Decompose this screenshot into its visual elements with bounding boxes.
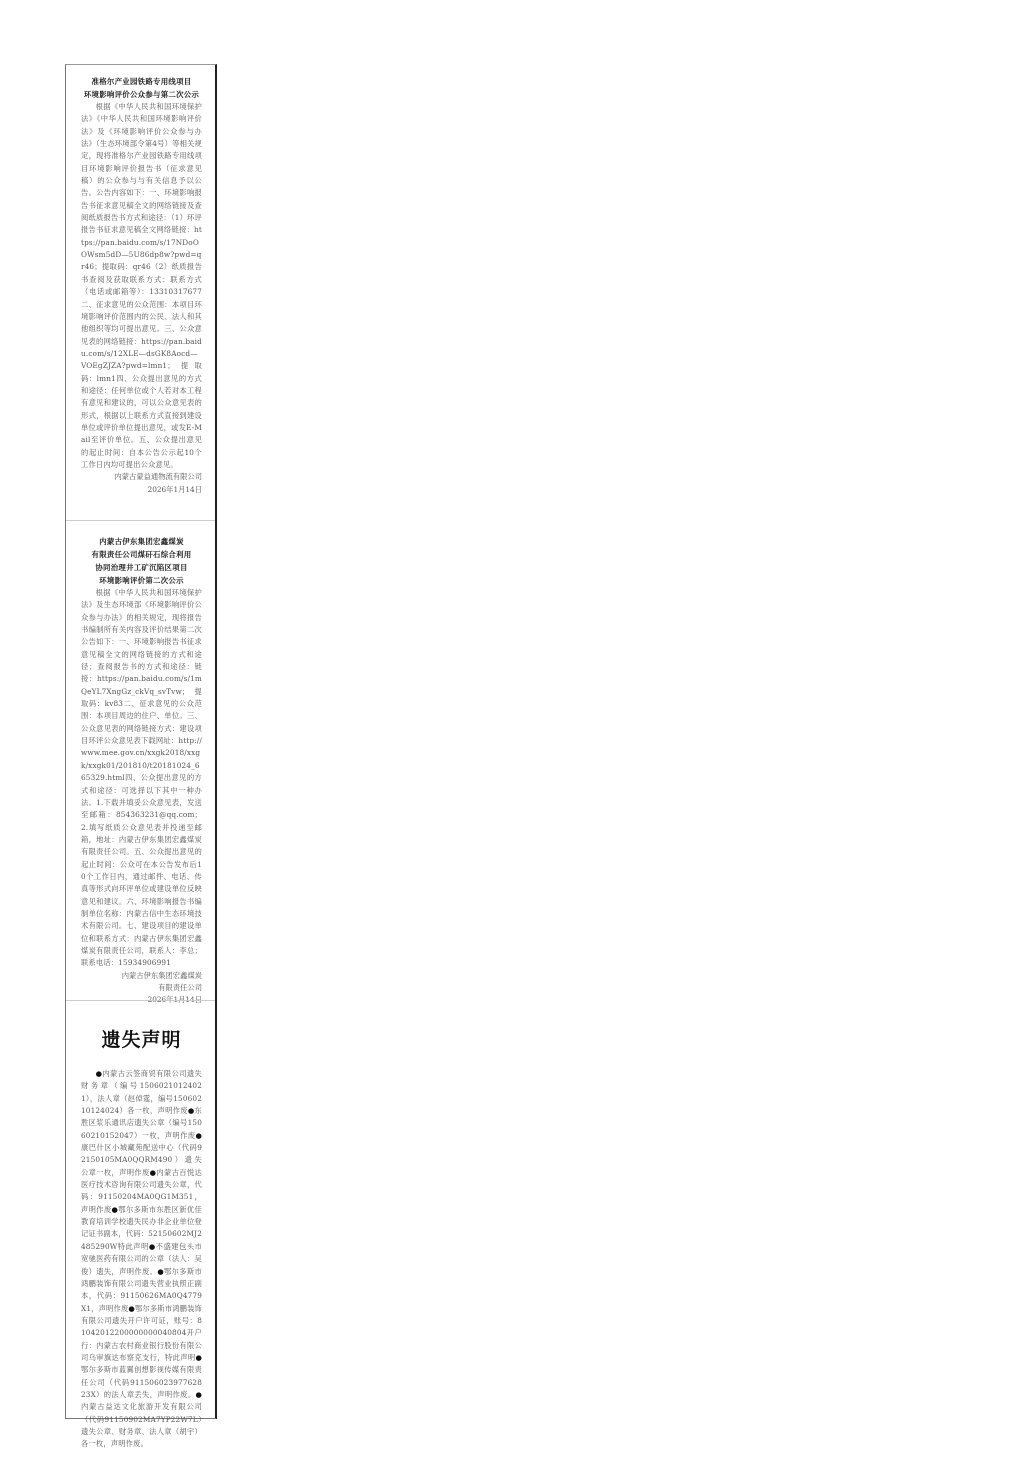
loss-declarations: 遗失声明 ●内蒙古云签商贸有限公司遗失财务章（编号1506021012402​1… <box>66 1015 215 1415</box>
notice-title-line: 环境影响评价公众参与第二次公示 <box>81 88 202 101</box>
notice-title-line: 有限责任公司煤矸石综合利用 <box>81 548 202 561</box>
loss-item: 鄂尔多斯市蓝翼创想影视传媒有限责任公司（代码91150602397762823X… <box>81 1365 202 1399</box>
notice-body: 根据《中华人民共和国环境保护法》及生态环境部《环境影响评价公众参与办法》的相关规… <box>81 587 202 970</box>
section-heading: 遗失声明 <box>81 1025 202 1052</box>
signature-date: 2026年1月14日 <box>81 484 202 496</box>
notice-title-line: 协同治理井工矿沉陷区项目 <box>81 561 202 574</box>
bullet-icon: ● <box>188 1106 195 1115</box>
loss-item: 内蒙古益达文化旅游开发有限公司（代码91150902MA7YP22W7L）遗失公… <box>81 1402 202 1448</box>
bullet-icon: ● <box>195 1131 202 1140</box>
section-divider <box>66 1000 215 1001</box>
bullet-icon: ● <box>195 1390 202 1399</box>
bullet-icon: ● <box>149 1242 156 1251</box>
notice-signature: 内蒙古蒙益通物流有限公司 2026年1月14日 <box>81 471 202 496</box>
notice-title: 准格尔产业园铁路专用线项目 环境影响评价公众参与第二次公示 <box>81 75 202 101</box>
notice-signature: 内蒙古伊东集团宏鑫煤炭 有限责任公司 2026年1月14日 <box>81 970 202 1007</box>
bullet-icon: ● <box>157 1267 164 1276</box>
signature-company: 内蒙古伊东集团宏鑫煤炭 <box>81 970 202 982</box>
newspaper-column: 准格尔产业园铁路专用线项目 环境影响评价公众参与第二次公示 根据《中华人民共和国… <box>65 64 217 1419</box>
notice-body: 根据《中华人民共和国环境保护法》《中华人民共和国环境影响评价法》及《环境影响评价… <box>81 101 202 471</box>
notice-railway-eia: 准格尔产业园铁路专用线项目 环境影响评价公众参与第二次公示 根据《中华人民共和国… <box>66 75 215 521</box>
notice-coal-gangue-eia: 内蒙古伊东集团宏鑫煤炭 有限责任公司煤矸石综合利用 协同治理井工矿沉陷区项目 环… <box>66 535 215 1005</box>
signature-company: 内蒙古蒙益通物流有限公司 <box>81 471 202 483</box>
notice-title-line: 环境影响评价第二次公示 <box>81 574 202 587</box>
notice-title-line: 准格尔产业园铁路专用线项目 <box>81 75 202 88</box>
loss-declarations-body: ●内蒙古云签商贸有限公司遗失财务章（编号1506021012402​1），法人章… <box>81 1068 202 1451</box>
section-divider <box>66 520 215 521</box>
signature-company: 有限责任公司 <box>81 982 202 994</box>
bullet-icon: ● <box>195 1353 202 1362</box>
notice-title-line: 内蒙古伊东集团宏鑫煤炭 <box>81 535 202 548</box>
notice-title: 内蒙古伊东集团宏鑫煤炭 有限责任公司煤矸石综合利用 协同治理井工矿沉陷区项目 环… <box>81 535 202 587</box>
